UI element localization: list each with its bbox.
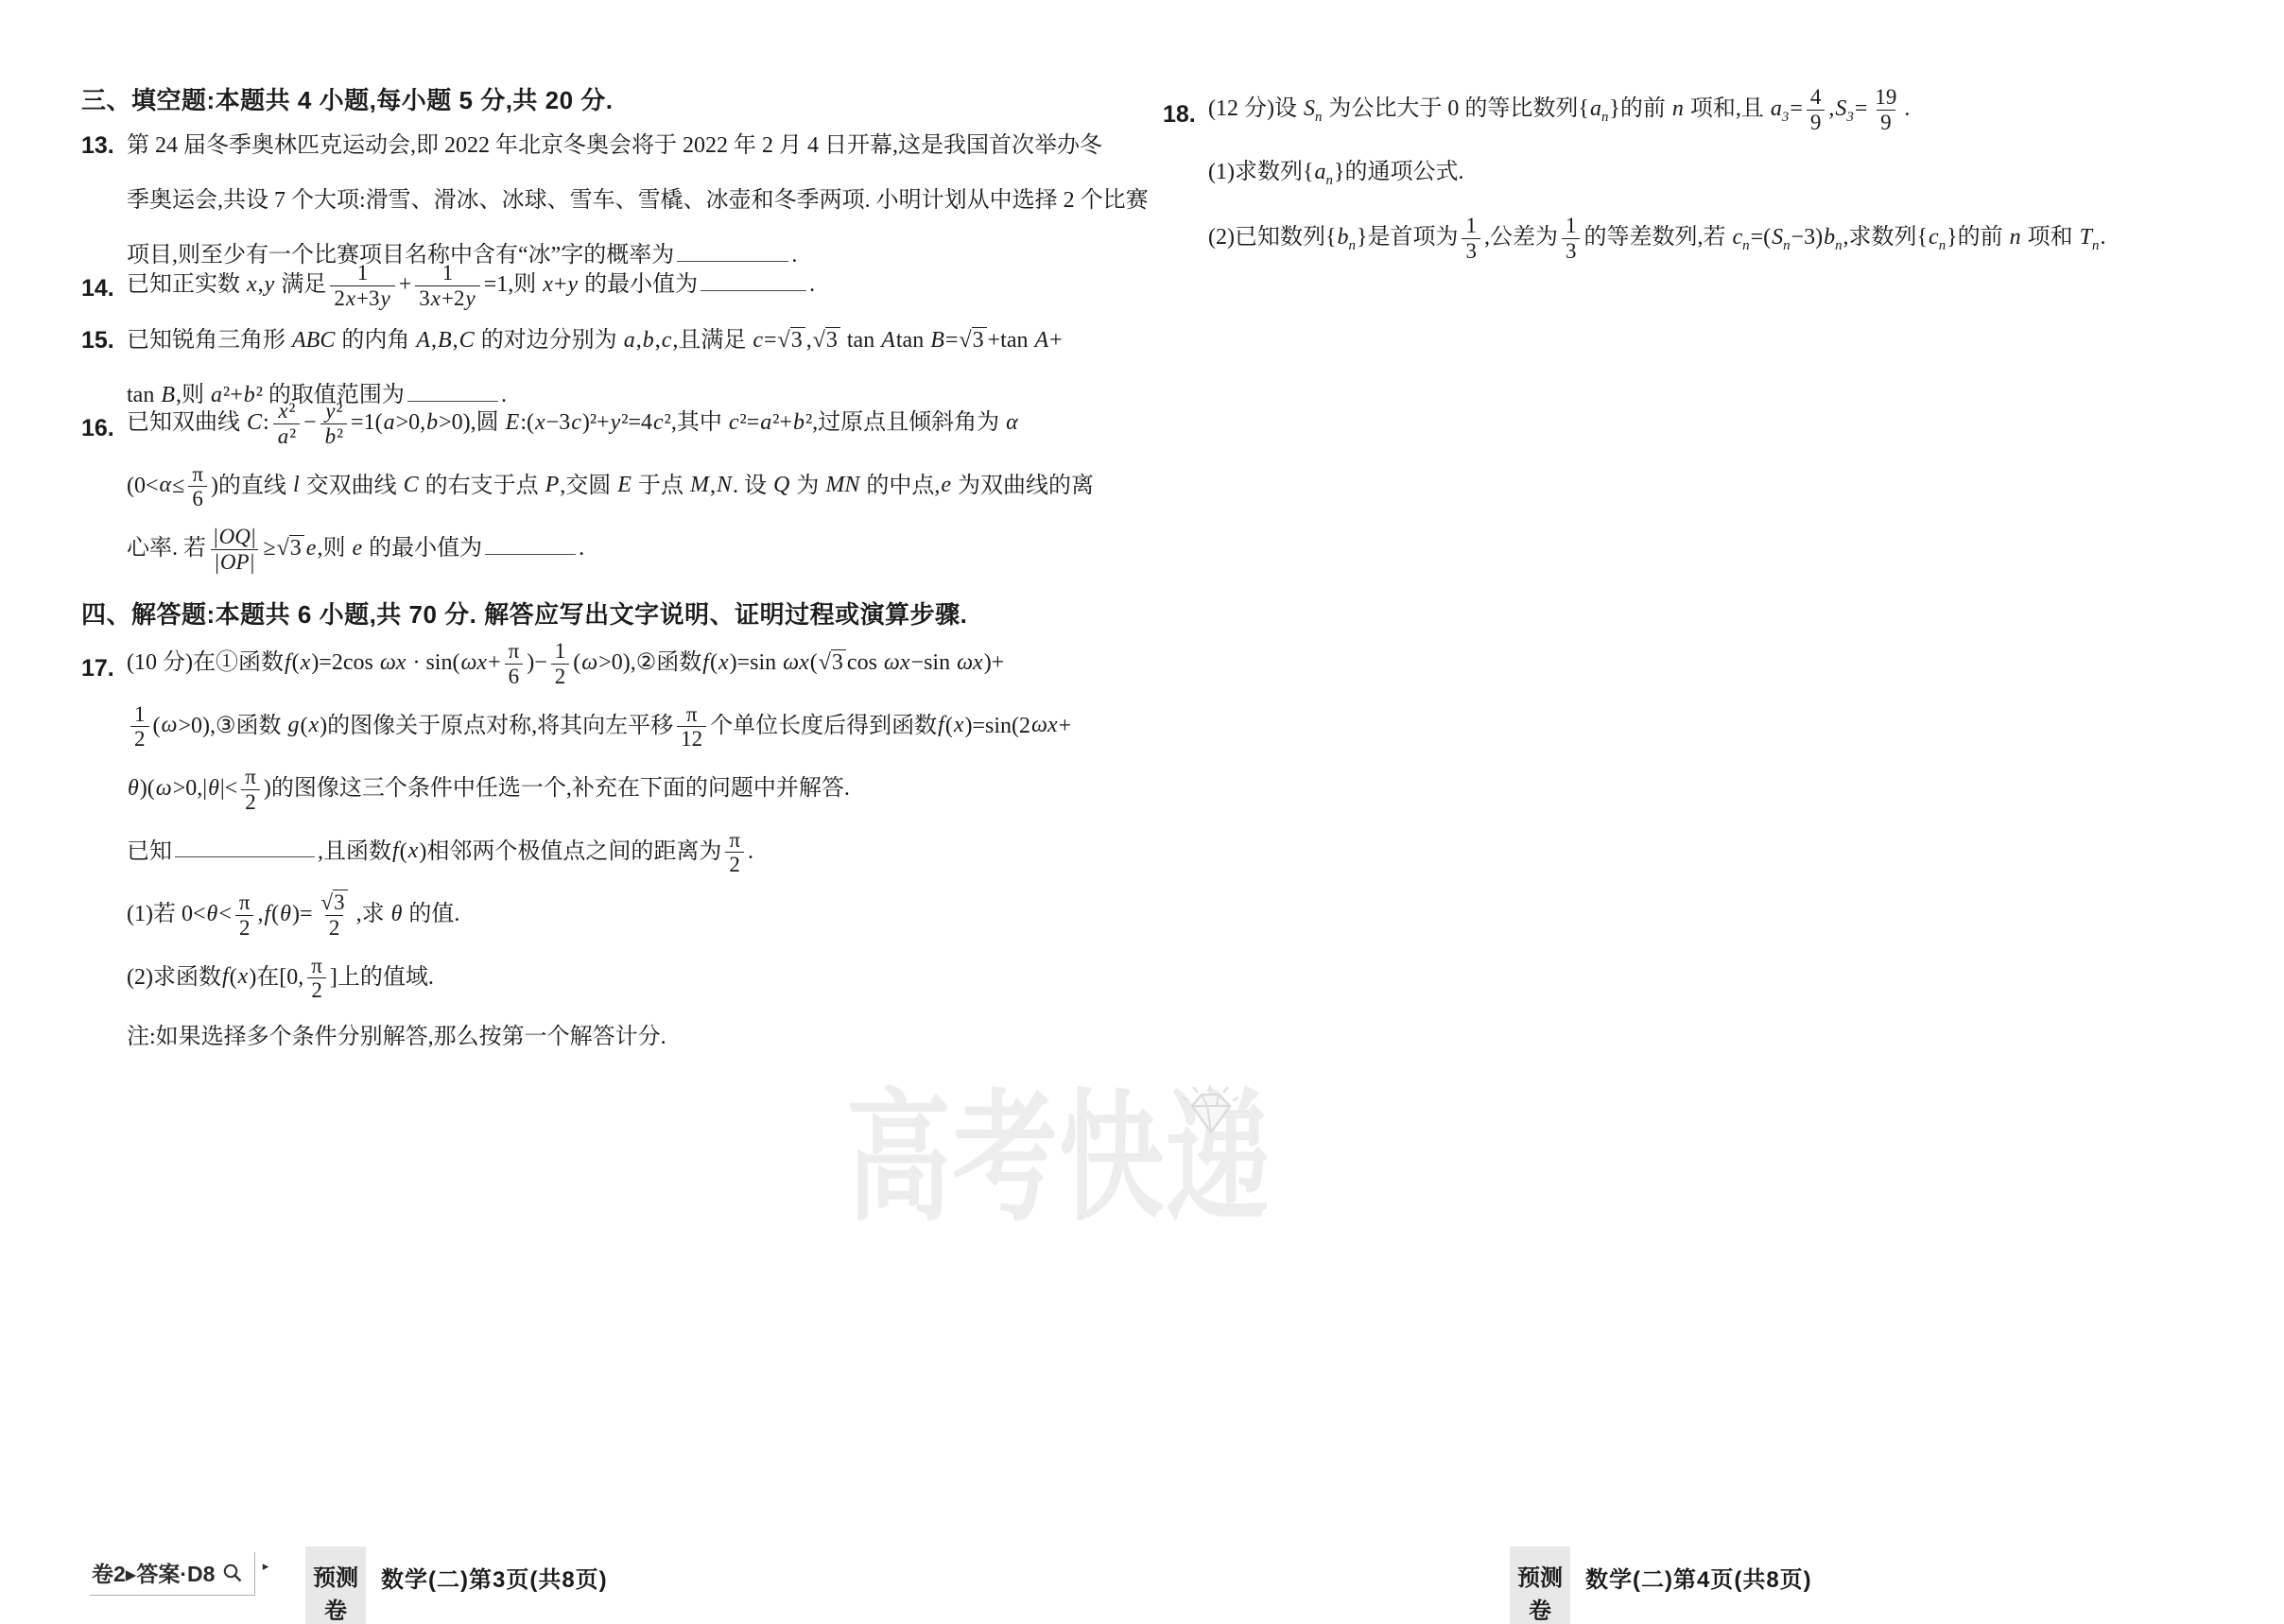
answer-blank — [175, 833, 315, 857]
answer-blank — [701, 267, 806, 291]
footer-tag-box: 卷2▸答案·D8 — [90, 1552, 255, 1596]
watermark: 高考快递 — [846, 1087, 1421, 1229]
question-18-text: (12 分)设 Sn 为公比大于 0 的等比数列{an}的前 n 项和,且 a3… — [1208, 83, 2222, 268]
question-16-number: 16. — [81, 406, 114, 451]
section-heading-fill-in: 三、填空题:本题共 4 小题,每小题 5 分,共 20 分. — [81, 81, 614, 116]
section-heading-solutions: 四、解答题:本题共 6 小题,共 70 分. 解答应写出文字说明、证明过程或演算… — [81, 596, 967, 631]
footer-tag-label: 卷2▸答案·D8 — [92, 1557, 215, 1588]
question-18-number: 18. — [1163, 92, 1196, 137]
search-icon — [222, 1563, 243, 1583]
question-13-text: 第 24 届冬季奥林匹克运动会,即 2022 年北京冬奥会将于 2022 年 2… — [127, 123, 1136, 278]
question-16-text: 已知双曲线 C:x²a²−y²b²=1(a>0,b>0),圆 E:(x−3c)²… — [127, 397, 1136, 577]
exam-page: 高考快递 三、填空题:本题共 4 小题,每小题 5 分,共 20 分. 13. … — [0, 0, 2284, 1624]
question-14-text: 已知正实数 x,y 满足12x+3y+13x+2y=1,则 x+y 的最小值为. — [127, 259, 1136, 313]
answer-blank — [485, 530, 576, 555]
page-label-right: 数学(二)第4页(共8页) — [1585, 1561, 1812, 1594]
question-15-number: 15. — [81, 318, 114, 363]
paper-badge-right: 预测卷 — [1510, 1546, 1570, 1624]
question-17-text: (10 分)在①函数f(x)=2cos ωx · sin(ωx+π6)−12(ω… — [127, 637, 1136, 1060]
diamond-icon — [1179, 1085, 1239, 1144]
question-14: 14. 已知正实数 x,y 满足12x+3y+13x+2y=1,则 x+y 的最… — [81, 259, 1136, 322]
question-17: 17. (10 分)在①函数f(x)=2cos ωx · sin(ωx+π6)−… — [81, 637, 1136, 1069]
question-18: 18. (12 分)设 Sn 为公比大于 0 的等比数列{an}的前 n 项和,… — [1163, 83, 2222, 278]
paper-badge-left: 预测卷 — [305, 1546, 366, 1624]
footer-volume-tag: 卷2▸答案·D8 ▸ — [90, 1552, 268, 1596]
page-label-left: 数学(二)第3页(共8页) — [381, 1561, 608, 1594]
question-16: 16. 已知双曲线 C:x²a²−y²b²=1(a>0,b>0),圆 E:(x−… — [81, 397, 1136, 586]
question-17-number: 17. — [81, 646, 114, 691]
question-14-number: 14. — [81, 266, 114, 311]
question-13-number: 13. — [81, 123, 114, 168]
footer-tag-arrow: ▸ — [263, 1559, 269, 1573]
